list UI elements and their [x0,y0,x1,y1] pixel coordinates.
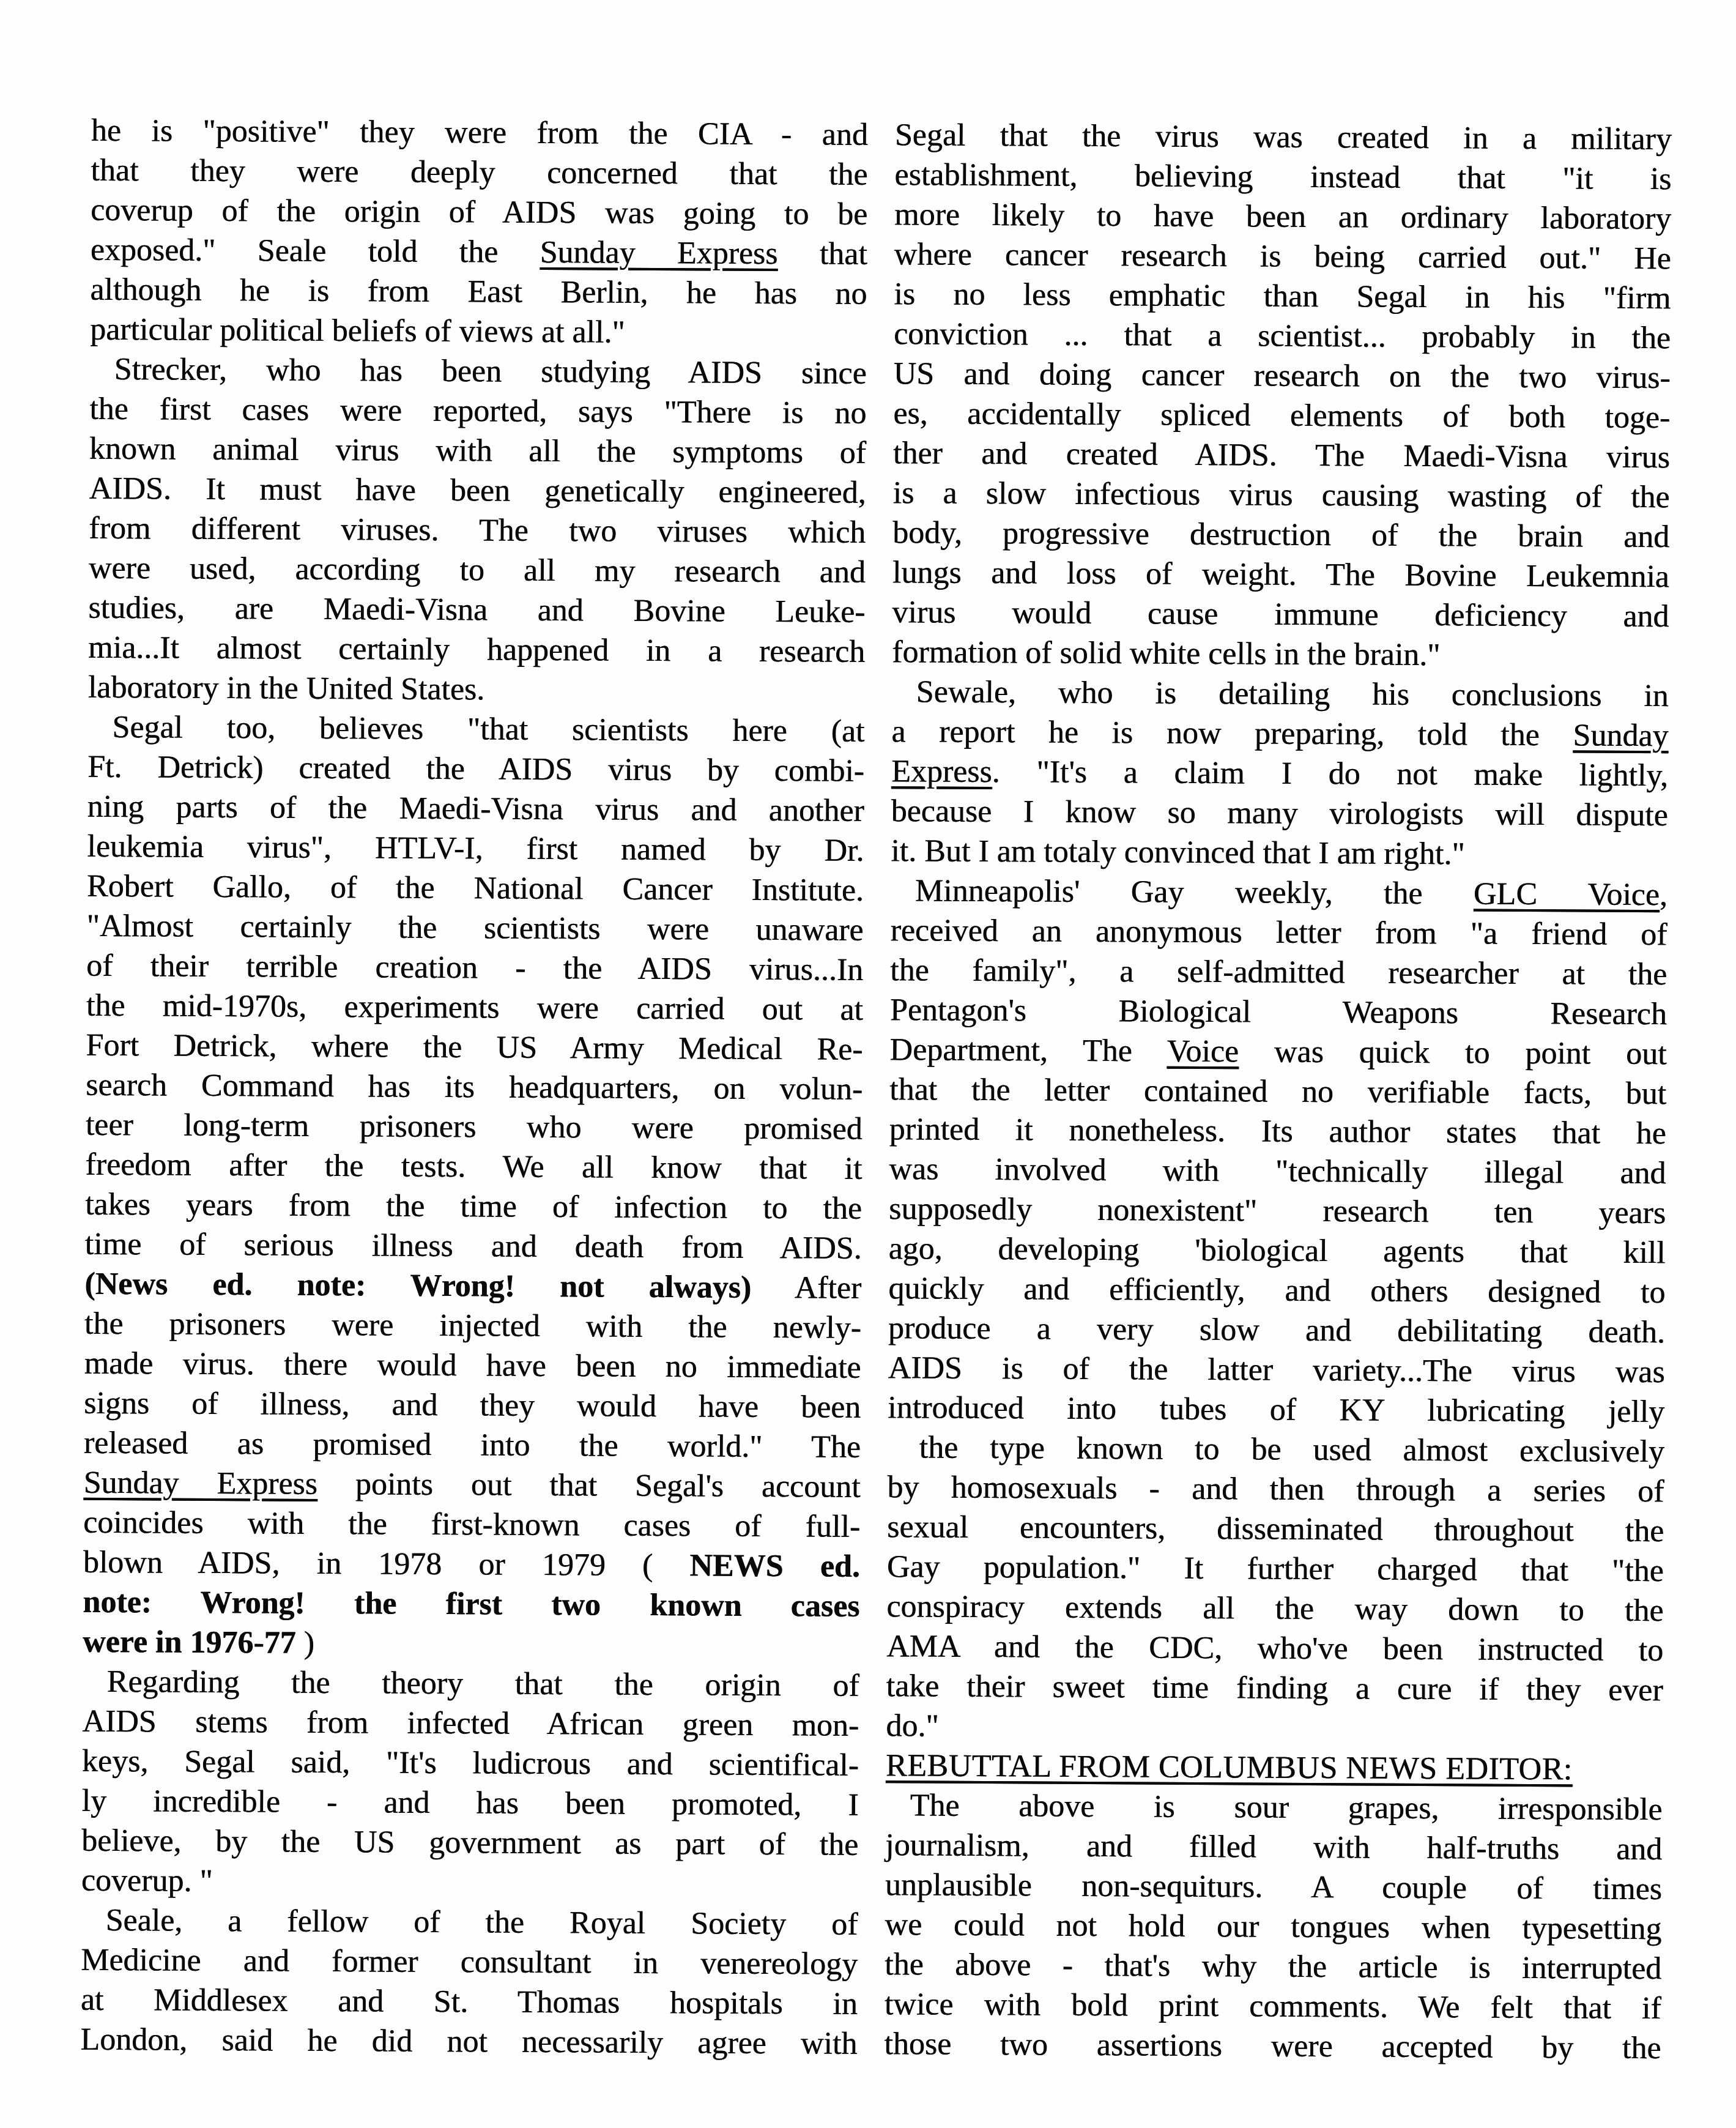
text-segment: AIDS is of the latter variety...The viru… [888,1350,1664,1390]
text-line: studies, are Maedi-Visna and Bovine Leuk… [88,588,865,632]
text-segment: the above - that's why the article is in… [885,1947,1661,1986]
text-line: sexual encounters, disseminated througho… [887,1507,1664,1551]
text-segment: quickly and efficiently, and others desi… [888,1271,1665,1310]
text-segment: blown AIDS, in 1978 or 1979 ( [83,1545,690,1583]
text-line: Strecker, who has been studying AIDS sin… [89,349,866,393]
text-line: is a slow infectious virus causing wasti… [892,473,1669,517]
text-line: was involved with "technically illegal a… [889,1149,1666,1193]
editor-note-bold: NEWS ed. [689,1548,860,1584]
underlined-publication-title: Sunday Express [83,1465,317,1501]
text-segment: known animal virus with all the symptoms… [89,431,866,471]
text-segment: ago, developing 'biological agents that … [888,1231,1665,1270]
text-segment: ) [295,1626,314,1661]
text-segment: Minneapolis' Gay weekly, the [915,873,1474,911]
text-line: he is "positive" they were from the CIA … [91,111,868,155]
text-segment: mia...It almost certainly happened in a … [88,630,865,669]
text-line: AIDS stems from infected African green m… [82,1702,859,1746]
text-line: it. But I am totaly convinced that I am … [891,831,1667,875]
paragraph-rebuttal: The above is sour grapes, irresponsiblej… [884,1785,1663,2068]
text-segment: the prisoners were injected with the new… [84,1306,861,1345]
text-segment: printed it nonetheless. Its author state… [889,1112,1666,1151]
text-line: Sunday Express points out that Segal's a… [83,1463,860,1507]
text-line: the prisoners were injected with the new… [84,1304,861,1348]
text-line: the family", a self-admitted researcher … [890,950,1667,994]
text-segment: take their sweet time finding a cure if … [886,1669,1663,1708]
text-segment: After [751,1270,861,1306]
text-segment: conspiracy extends all the way down to t… [886,1589,1663,1628]
text-segment: it. But I am totaly convinced that I am … [891,833,1465,871]
text-line: supposedly nonexistent" research ten yea… [889,1189,1666,1233]
text-line: Sewale, who is detailing his conclusions… [892,672,1669,716]
text-line: Gay population." It further charged that… [887,1547,1664,1591]
text-line: body, progressive destruction of the bra… [892,513,1669,557]
rebuttal-heading: REBUTTAL FROM COLUMBUS NEWS EDITOR: [886,1746,1663,1790]
text-line: Segal that the virus was created in a mi… [895,115,1672,159]
text-line: REBUTTAL FROM COLUMBUS NEWS EDITOR: [886,1746,1663,1790]
text-line: freedom after the tests. We all know tha… [85,1145,862,1189]
text-segment: Fort Detrick, where the US Army Medical … [86,1028,862,1067]
text-segment: Department, The [889,1032,1167,1069]
text-segment: keys, Segal said, "It's ludicrous and sc… [82,1744,859,1783]
text-line: the above - that's why the article is in… [885,1944,1661,1988]
text-segment: coincides with the first-known cases of … [83,1505,860,1544]
text-segment: he is "positive" they were from the CIA … [91,113,868,152]
text-line: coverup of the origin of AIDS was going … [91,190,867,234]
text-line: keys, Segal said, "It's ludicrous and sc… [82,1741,859,1785]
text-segment: takes years from the time of infection t… [85,1187,862,1226]
text-line: take their sweet time finding a cure if … [886,1666,1663,1710]
underlined-publication-title: Voice [1167,1034,1239,1070]
text-line: ly incredible - and has been promoted, I [81,1781,858,1825]
text-segment: lungs and loss of weight. The Bovine Leu… [892,555,1669,594]
text-segment: establishment, believing instead that "i… [894,157,1671,196]
text-line: the mid-1970s, experiments were carried … [86,986,863,1030]
text-line: mia...It almost certainly happened in a … [88,628,865,672]
text-segment: AIDS stems from infected African green m… [82,1704,859,1743]
text-segment: unplausible non-sequiturs. A couple of t… [885,1867,1662,1907]
text-segment: we could not hold our tongues when types… [885,1907,1661,1946]
text-segment: were used, according to all my research … [89,551,866,590]
text-line: Department, The Voice was quick to point… [889,1030,1666,1074]
text-line: the type known to be used almost exclusi… [888,1427,1664,1471]
text-line: teer long-term prisoners who were promis… [86,1105,862,1149]
underlined-publication-title: Sunday [1573,718,1668,753]
text-segment: ther and created AIDS. The Maedi-Visna v… [893,436,1670,475]
text-segment: released as promised into the world." Th… [84,1426,861,1465]
text-line: "Almost certainly the scientists were un… [86,906,863,950]
text-line: that the letter contained no verifiable … [889,1070,1666,1114]
text-line: introduced into tubes of KY lubricating … [888,1388,1664,1432]
text-segment: more likely to have been an ordinary lab… [894,197,1671,236]
editor-note-bold: were in 1976-77 [83,1624,296,1661]
text-segment: teer long-term prisoners who were promis… [86,1107,862,1147]
text-line: Ft. Detrick) created the AIDS virus by c… [87,747,864,791]
text-line: produce a very slow and debilitating dea… [888,1308,1665,1352]
text-segment: supposedly nonexistent" research ten yea… [889,1191,1666,1230]
text-line: search Command has its headquarters, on … [86,1065,862,1109]
text-segment: do." [886,1708,939,1743]
text-segment: the mid-1970s, experiments were carried … [86,988,863,1027]
text-segment: London, said he did not necessarily agre… [80,2022,857,2061]
text-segment: where cancer research is being carried o… [894,237,1671,276]
text-segment: coverup of the origin of AIDS was going … [91,193,867,232]
paragraph-segal: Segal too, believes "that scientists her… [83,707,865,1666]
text-line: more likely to have been an ordinary lab… [894,195,1671,239]
text-segment: formation of solid white cells in the br… [892,634,1441,672]
text-line: from different viruses. The two viruses … [89,508,866,552]
text-line: conspiracy extends all the way down to t… [886,1587,1663,1631]
text-line: particular political beliefs of views at… [90,310,867,354]
text-line: unplausible non-sequiturs. A couple of t… [885,1865,1662,1909]
text-line: time of serious illness and death from A… [84,1224,861,1268]
text-segment: Segal too, believes "that scientists her… [112,710,864,749]
text-line: twice with bold print comments. We felt … [885,1984,1661,2028]
text-line: of their terrible creation - the AIDS vi… [86,946,863,990]
text-line: believe, by the US government as part of… [81,1821,858,1865]
paragraph-glc-voice: Minneapolis' Gay weekly, the GLC Voice,r… [886,871,1667,1750]
text-line: es, accidentally spliced elements of bot… [893,393,1670,437]
text-line: Express. "It's a claim I do not make lig… [891,751,1668,795]
text-line: Pentagon's Biological Weapons Research [890,990,1667,1034]
text-line: made virus. there would have been no imm… [84,1344,861,1388]
paragraph-continued-from-previous-page: he is "positive" they were from the CIA … [90,111,868,354]
text-line: those two assertions were accepted by th… [884,2024,1661,2068]
text-line: note: Wrong! the first two known cases [83,1582,859,1626]
text-line: journalism, and filled with half-truths … [885,1825,1662,1869]
text-segment: made virus. there would have been no imm… [84,1346,861,1385]
text-segment: search Command has its headquarters, on … [86,1068,862,1107]
text-line: AIDS. It must have been genetically engi… [89,469,866,513]
text-segment: time of serious illness and death from A… [84,1227,861,1266]
text-line: ther and created AIDS. The Maedi-Visna v… [893,433,1670,477]
text-line: a report he is now preparing, told the S… [891,712,1668,756]
text-line: Seale, a fellow of the Royal Society of [81,1900,858,1944]
text-segment: virus would cause immune deficiency and [892,595,1669,634]
text-line: conviction ... that a scientist... proba… [894,314,1671,358]
text-segment: Ft. Detrick) created the AIDS virus by c… [87,750,864,789]
text-line: blown AIDS, in 1978 or 1979 ( NEWS ed. [83,1542,860,1587]
text-line: takes years from the time of infection t… [85,1185,862,1229]
text-line: known animal virus with all the symptoms… [89,429,866,473]
text-segment: coverup. " [81,1863,213,1899]
text-segment: freedom after the tests. We all know tha… [85,1147,862,1186]
text-line: do." [886,1706,1663,1750]
text-segment: AMA and the CDC, who've been instructed … [886,1629,1663,1668]
text-segment: Segal that the virus was created in a mi… [895,117,1672,157]
text-line: exposed." Seale told the Sunday Express … [91,230,867,274]
underlined-publication-title: GLC Voice [1474,876,1660,912]
text-line: Regarding the theory that the origin of [82,1662,859,1706]
text-line: because I know so many virologists will … [891,791,1667,835]
text-segment: sexual encounters, disseminated througho… [887,1509,1664,1549]
text-segment: that they were deeply concerned that the [91,153,867,192]
text-segment: , [1660,877,1667,912]
text-segment: The above is sour grapes, irresponsible [910,1788,1662,1827]
text-segment: although he is from East Berlin, he has … [90,272,867,311]
text-segment: is a slow infectious virus causing wasti… [892,475,1669,515]
text-segment: is no less emphatic than Segal in his "f… [894,277,1671,316]
text-line: (News ed. note: Wrong! not always) After [84,1264,861,1308]
text-line: although he is from East Berlin, he has … [90,270,867,314]
scanned-article-page: he is "positive" they were from the CIA … [0,0,1736,2128]
text-line: establishment, believing instead that "i… [894,155,1671,199]
text-line: coverup. " [81,1861,858,1905]
editor-note-bold: (News ed. note: Wrong! not always) [84,1267,751,1305]
text-line: is no less emphatic than Segal in his "f… [894,274,1671,318]
column-right: Segal that the virus was created in a mi… [884,115,1672,2068]
text-segment: ning parts of the Maedi-Visna virus and … [87,789,864,828]
text-line: virus would cause immune deficiency and [892,592,1669,636]
text-segment: Medicine and former consultant in venere… [81,1943,858,1982]
text-segment: at Middlesex and St. Thomas hospitals in [81,1982,858,2022]
text-segment: Gay population." It further charged that… [887,1549,1664,1588]
text-line: quickly and efficiently, and others desi… [888,1268,1665,1312]
text-segment: those two assertions were accepted by th… [884,2026,1661,2066]
text-line: received an anonymous letter from "a fri… [890,910,1667,954]
text-segment: ly incredible - and has been promoted, I [81,1784,858,1823]
text-line: Fort Detrick, where the US Army Medical … [86,1025,862,1070]
text-line: we could not hold our tongues when types… [885,1905,1661,1949]
editor-note-bold: note: Wrong! the first two known cases [83,1585,859,1624]
text-segment: studies, are Maedi-Visna and Bovine Leuk… [88,590,865,630]
text-segment: laboratory in the United States. [88,670,485,707]
text-segment: of their terrible creation - the AIDS vi… [86,948,863,988]
text-segment: introduced into tubes of KY lubricating … [888,1390,1664,1429]
text-line: Medicine and former consultant in venere… [81,1940,858,1984]
text-segment: Robert Gallo, of the National Cancer Ins… [87,869,864,908]
text-line: were in 1976-77 ) [83,1622,859,1666]
paragraph-green-monkeys: Regarding the theory that the origin ofA… [81,1662,859,1905]
text-line: laboratory in the United States. [88,668,865,712]
text-segment: Regarding the theory that the origin of [106,1664,859,1703]
paragraph-continued-from-left-column: Segal that the virus was created in a mi… [892,115,1672,676]
text-segment: the type known to be used almost exclusi… [888,1430,1664,1469]
text-line: coincides with the first-known cases of … [83,1503,860,1547]
text-segment: AIDS. It must have been genetically engi… [89,471,866,510]
text-segment: US and doing cancer research on the two … [893,356,1670,395]
text-line: AMA and the CDC, who've been instructed … [886,1626,1663,1670]
text-line: London, said he did not necessarily agre… [80,2020,857,2064]
text-segment: Strecker, who has been studying AIDS sin… [114,352,866,391]
text-line: US and doing cancer research on the two … [893,354,1670,398]
text-line: that they were deeply concerned that the [91,151,867,195]
text-segment: Seale, a fellow of the Royal Society of [105,1903,858,1942]
text-segment: exposed." Seale told the [91,233,540,270]
text-segment: that [777,236,867,272]
text-segment: . "It's a claim I do not make lightly, [992,754,1668,793]
text-segment: leukemia virus", HTLV-I, first named by … [87,829,864,868]
paragraph-strecker: Strecker, who has been studying AIDS sin… [88,349,867,712]
text-segment: produce a very slow and debilitating dea… [888,1311,1665,1350]
text-line: printed it nonetheless. Its author state… [889,1109,1666,1153]
text-line: signs of illness, and they would have be… [84,1383,861,1427]
text-segment: particular political beliefs of views at… [90,312,625,350]
text-segment: the family", a self-admitted researcher … [890,953,1667,992]
text-segment: received an anonymous letter from "a fri… [890,913,1667,952]
text-segment: signs of illness, and they would have be… [84,1386,861,1425]
text-line: lungs and loss of weight. The Bovine Leu… [892,552,1669,597]
text-segment: by homosexuals - and then through a seri… [887,1470,1664,1509]
text-segment: because I know so many virologists will … [891,794,1667,833]
text-segment: Pentagon's Biological Weapons Research [890,992,1667,1032]
text-segment: body, progressive destruction of the bra… [892,515,1669,554]
paragraph-sewale: Sewale, who is detailing his conclusions… [891,672,1669,875]
text-line: ago, developing 'biological agents that … [888,1229,1665,1273]
text-segment: that the letter contained no verifiable … [889,1072,1666,1111]
text-segment: was involved with "technically illegal a… [889,1151,1666,1191]
paragraph-seale: Seale, a fellow of the Royal Society ofM… [80,1900,858,2064]
text-line: where cancer research is being carried o… [894,234,1671,278]
text-line: were used, according to all my research … [89,548,866,592]
underlined-publication-title: REBUTTAL FROM COLUMBUS NEWS EDITOR: [886,1748,1573,1787]
text-segment: points out that Segal's account [317,1467,861,1505]
column-left: he is "positive" they were from the CIA … [80,111,868,2064]
text-line: Robert Gallo, of the National Cancer Ins… [87,866,864,910]
text-segment: conviction ... that a scientist... proba… [894,316,1671,355]
text-segment: es, accidentally spliced elements of bot… [893,396,1670,435]
text-line: Segal too, believes "that scientists her… [87,707,864,751]
text-line: the first cases were reported, says "The… [89,389,866,433]
text-line: formation of solid white cells in the br… [892,632,1669,676]
text-segment: from different viruses. The two viruses … [89,511,866,550]
text-line: at Middlesex and St. Thomas hospitals in [81,1980,858,2024]
text-line: Minneapolis' Gay weekly, the GLC Voice, [891,871,1667,915]
text-segment: a report he is now preparing, told the [891,714,1573,753]
text-line: The above is sour grapes, irresponsible [885,1785,1662,1829]
text-line: released as promised into the world." Th… [84,1423,861,1467]
text-line: by homosexuals - and then through a seri… [887,1467,1664,1511]
text-segment: twice with bold print comments. We felt … [885,1987,1661,2026]
text-segment: the first cases were reported, says "The… [89,392,866,431]
text-line: AIDS is of the latter variety...The viru… [888,1348,1664,1392]
text-segment: believe, by the US government as part of… [81,1823,858,1862]
text-segment: was quick to point out [1239,1034,1667,1071]
text-segment: journalism, and filled with half-truths … [885,1828,1662,1867]
underlined-publication-title: Express [891,754,992,789]
underlined-publication-title: Sunday Express [540,235,777,271]
two-column-layout: he is "positive" they were from the CIA … [0,0,1736,2069]
text-segment: Sewale, who is detailing his conclusions… [916,674,1669,713]
text-line: ning parts of the Maedi-Visna virus and … [87,787,864,831]
text-line: leukemia virus", HTLV-I, first named by … [87,827,864,871]
text-segment: "Almost certainly the scientists were un… [86,909,863,948]
